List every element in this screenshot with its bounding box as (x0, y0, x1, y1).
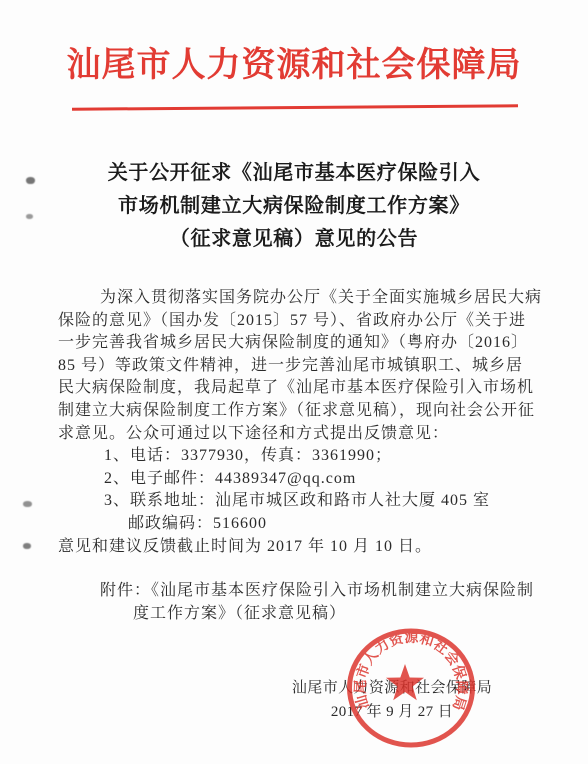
signature-date: 2017 年 9 月 27 日 (286, 700, 498, 724)
postal-code-line: 邮政编码：516600 (58, 513, 540, 536)
letterhead-divider-line (72, 104, 518, 111)
body-line: 为深入贯彻落实国务院办公厅《关于全面实施城乡居民大病 (58, 287, 540, 310)
body-line: 制建立大病保险制度工作方案》（征求意见稿），现向社会公开征 (58, 400, 540, 423)
deadline-line: 意见和建议反馈截止时间为 2017 年 10 月 10 日。 (58, 536, 540, 559)
contact-address-line: 3、联系地址：汕尾市城区政和路市人社大厦 405 室 (58, 490, 540, 513)
body-line: 民大病保险制度，我局起草了《汕尾市基本医疗保险引入市场机 (58, 377, 540, 400)
notice-title-line-1: 关于公开征求《汕尾市基本医疗保险引入 (0, 157, 588, 190)
attachment-line-2: 度工作方案》（征求意见稿） (58, 603, 540, 626)
signature-agency: 汕尾市人力资源和社会保障局 (286, 676, 498, 700)
scanned-notice-page: 汕尾市人力资源和社会保障局 关于公开征求《汕尾市基本医疗保险引入 市场机制建立大… (0, 0, 588, 764)
scan-artifact-smudge (26, 177, 35, 184)
scan-artifact-smudge (23, 543, 31, 549)
scan-artifact-smudge (23, 501, 32, 507)
scan-artifact-smudge (26, 214, 33, 219)
attachment-note: 附件：《汕尾市基本医疗保险引入市场机制建立大病保险制 度工作方案》（征求意见稿） (58, 580, 540, 625)
body-line: 一步完善我省城乡居民大病保险制度的通知》（粤府办〔2016〕 (58, 332, 540, 355)
contact-email-line: 2、电子邮件：44389347@qq.com (58, 468, 540, 491)
body-line: 保险的意见》（国办发〔2015〕57 号）、省政府办公厅《关于进 (58, 310, 540, 333)
notice-body: 为深入贯彻落实国务院办公厅《关于全面实施城乡居民大病 保险的意见》（国办发〔20… (58, 287, 540, 558)
notice-title: 关于公开征求《汕尾市基本医疗保险引入 市场机制建立大病保险制度工作方案》 （征求… (0, 157, 588, 256)
signature-block: 汕尾市人力资源和社会保障局 2017 年 9 月 27 日 (286, 676, 498, 724)
body-line: 85 号）等政策文件精神，进一步完善汕尾市城镇职工、城乡居 (58, 355, 540, 378)
notice-title-line-3: （征求意见稿）意见的公告 (0, 223, 588, 256)
letterhead-agency-name: 汕尾市人力资源和社会保障局 (0, 0, 588, 100)
body-line: 求意见。公众可通过以下途径和方式提出反馈意见： (58, 423, 540, 446)
contact-phone-line: 1、电话：3377930，传真：3361990； (58, 445, 540, 468)
notice-title-line-2: 市场机制建立大病保险制度工作方案》 (0, 190, 588, 223)
attachment-line-1: 附件：《汕尾市基本医疗保险引入市场机制建立大病保险制 (58, 580, 540, 603)
